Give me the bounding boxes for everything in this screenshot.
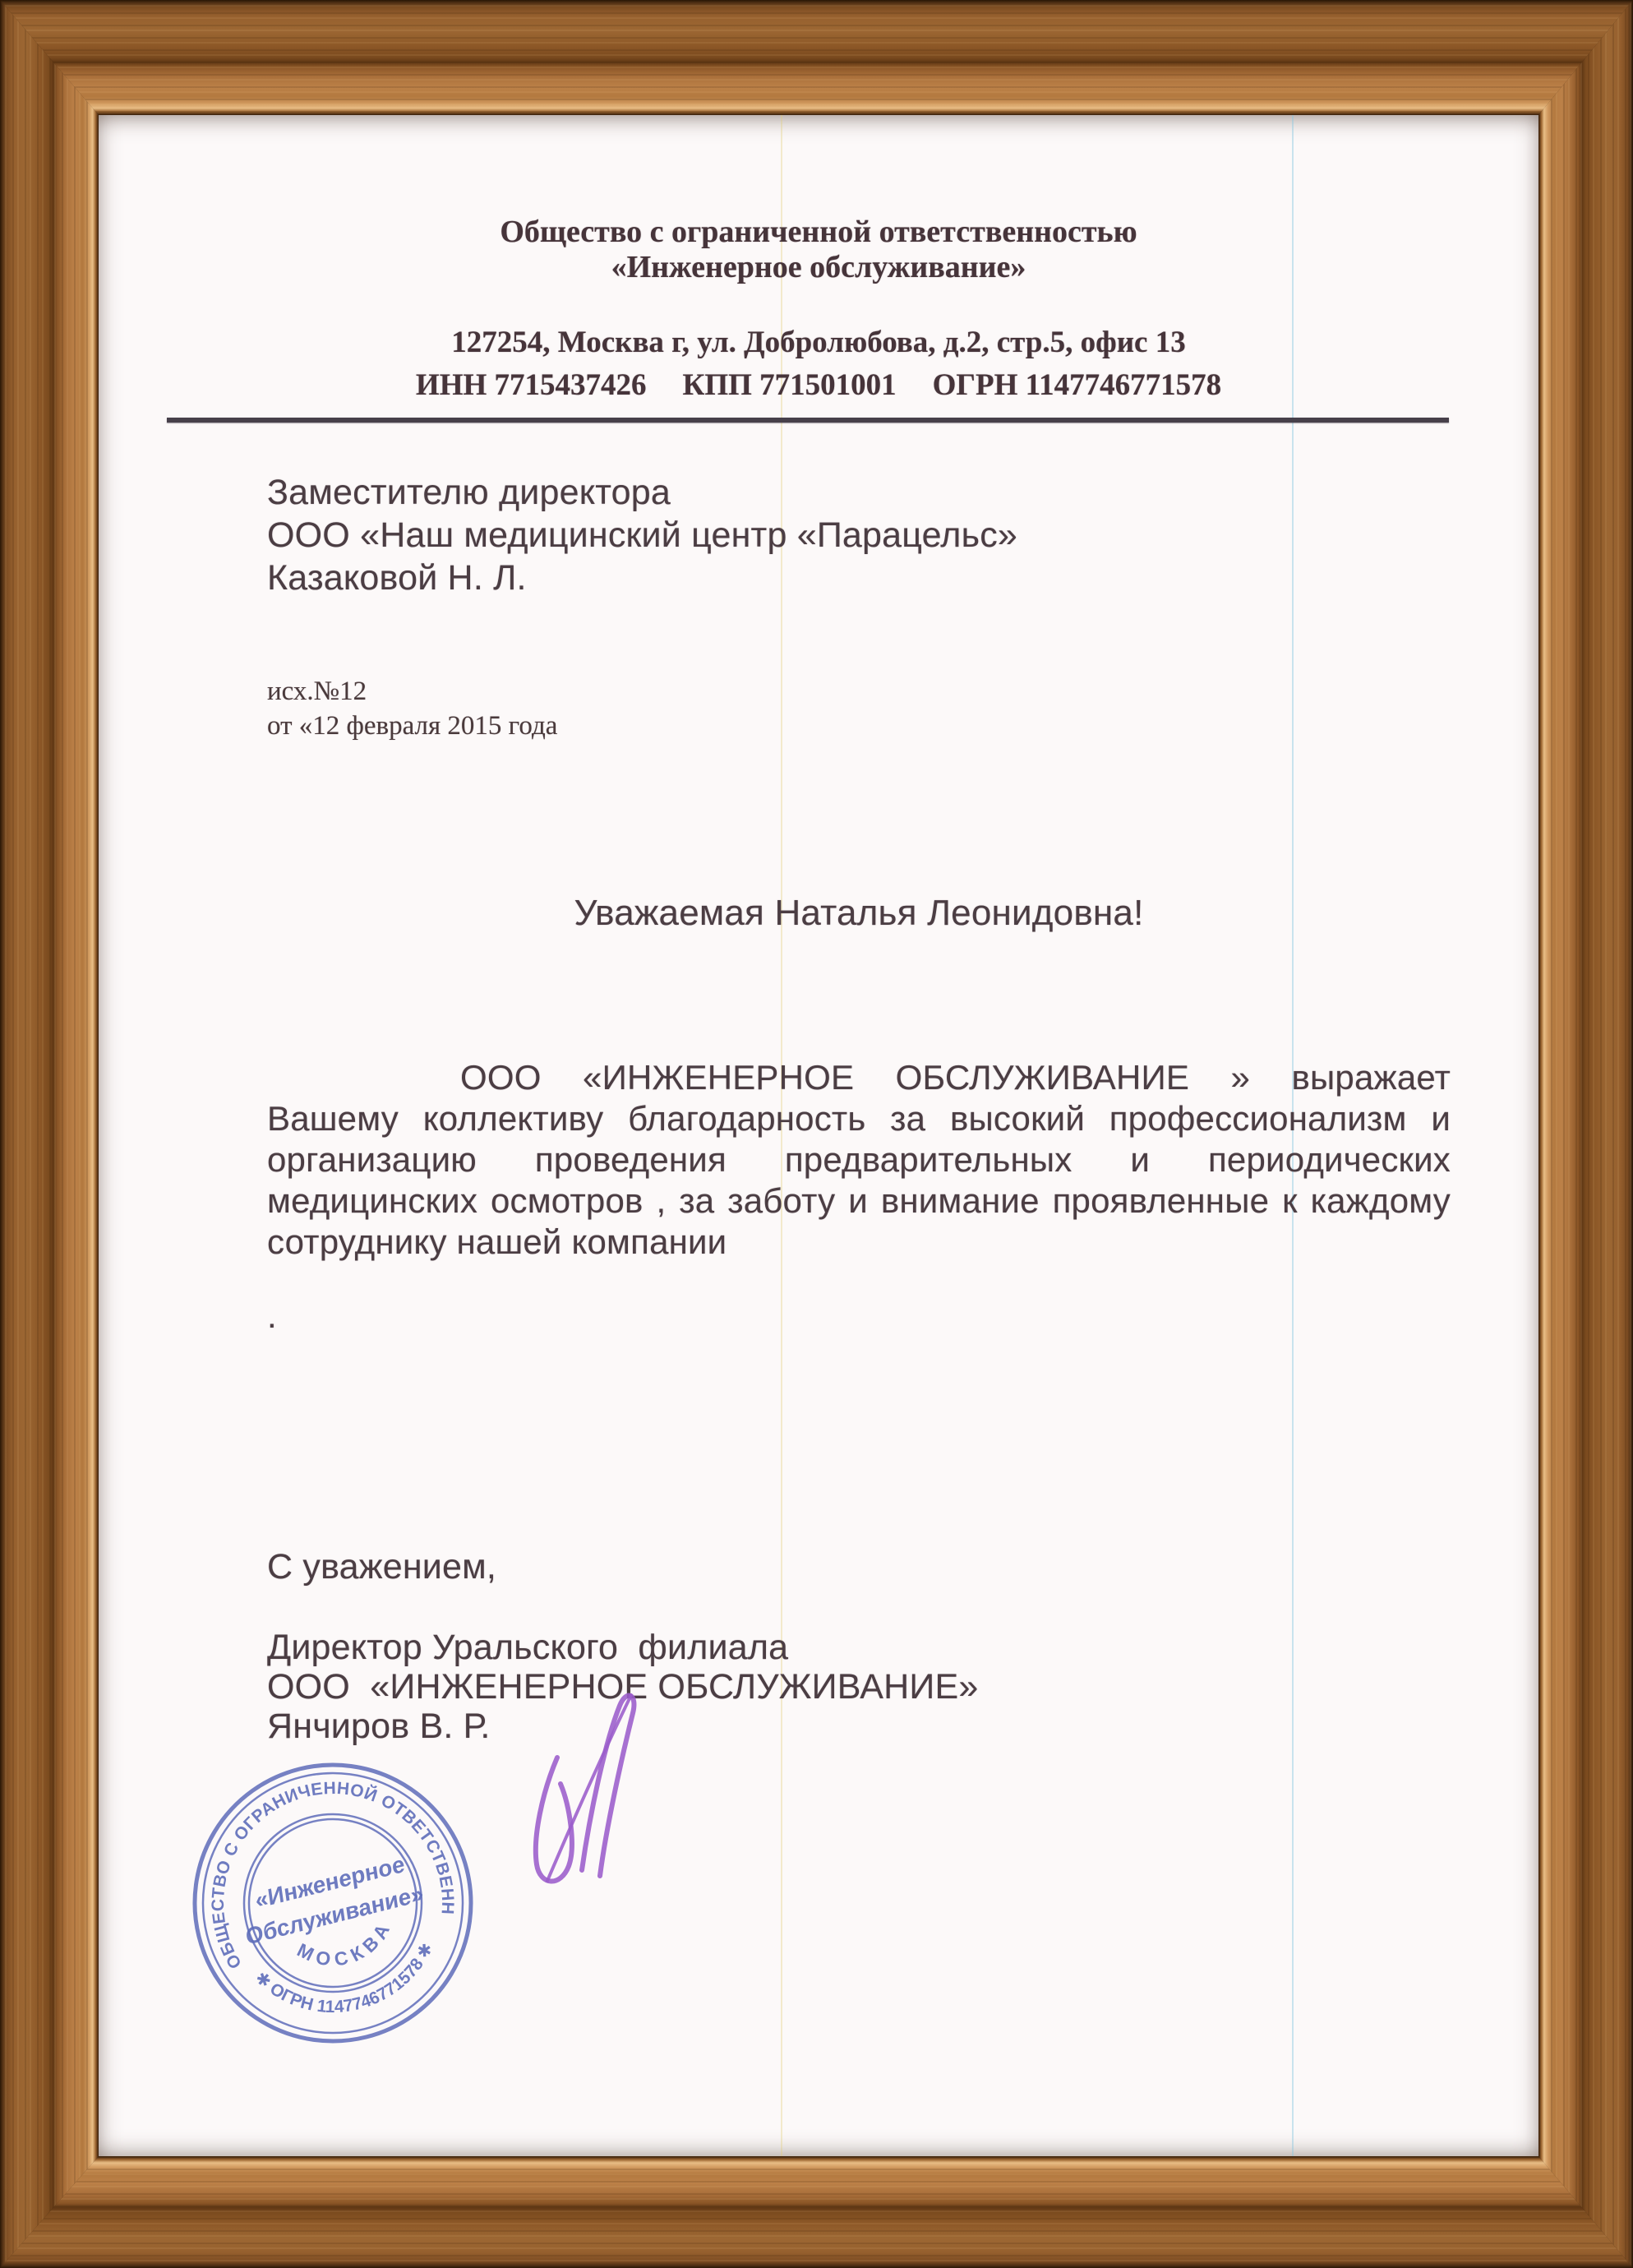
trailing-period: . bbox=[267, 1296, 277, 1336]
closing-regards: С уважением, bbox=[267, 1547, 496, 1587]
reference-block: исх.№12 от «12 февраля 2015 года bbox=[267, 674, 557, 743]
letterhead-ogrn: ОГРН 1147746771578 bbox=[933, 367, 1221, 403]
wood-frame-right bbox=[1538, 0, 1633, 2268]
recipient-person: Казаковой Н. Л. bbox=[267, 557, 1017, 599]
body-line: Вашему коллективу благодарность за высок… bbox=[267, 1098, 1451, 1139]
letterhead-address: 127254, Москва г, ул. Добролюбова, д.2, … bbox=[99, 325, 1538, 360]
stamp-ring-top-text: ОБЩЕСТВО С ОГРАНИЧЕННОЙ ОТВЕТСТВЕННОСТЬЮ… bbox=[182, 1753, 464, 1974]
letterhead-org-name: «Инженерное обслуживание» bbox=[99, 249, 1538, 285]
wood-frame-bottom bbox=[0, 2156, 1633, 2268]
letterhead-org-type: Общество с ограниченной ответственностью bbox=[99, 214, 1538, 250]
recipient-position: Заместителю директора bbox=[267, 471, 1017, 514]
body-paragraph: ООО «ИНЖЕНЕРНОЕ ОБСЛУЖИВАНИЕ » выражает … bbox=[267, 1057, 1451, 1263]
letterhead-kpp: КПП 771501001 bbox=[683, 367, 897, 403]
company-stamp: ОБЩЕСТВО С ОГРАНИЧЕННОЙ ОТВЕТСТВЕННОСТЬЮ… bbox=[144, 1714, 523, 2093]
letter-paper: Общество с ограниченной ответственностью… bbox=[99, 115, 1538, 2156]
letterhead-inn: ИНН 7715437426 bbox=[416, 367, 647, 403]
body-line: организацию проведения предварительных и… bbox=[267, 1139, 1451, 1180]
wood-frame-top bbox=[0, 0, 1633, 115]
svg-text:ОБЩЕСТВО С ОГРАНИЧЕННОЙ ОТВЕТС: ОБЩЕСТВО С ОГРАНИЧЕННОЙ ОТВЕТСТВЕННОСТЬЮ… bbox=[182, 1753, 464, 1974]
reference-number: исх.№12 bbox=[267, 674, 557, 709]
letterhead-rule bbox=[167, 418, 1449, 423]
recipient-block: Заместителю директора ООО «Наш медицинск… bbox=[267, 471, 1017, 599]
recipient-organization: ООО «Наш медицинский центр «Парацельс» bbox=[267, 514, 1017, 557]
body-line: ООО «ИНЖЕНЕРНОЕ ОБСЛУЖИВАНИЕ » выражает bbox=[267, 1057, 1451, 1098]
body-line: медицинских осмотров , за заботу и внима… bbox=[267, 1180, 1451, 1222]
body-line: сотруднику нашей компании bbox=[267, 1222, 1451, 1263]
salutation: Уважаемая Наталья Леонидовна! bbox=[267, 893, 1451, 934]
framed-letter-scene: Общество с ограниченной ответственностью… bbox=[0, 0, 1633, 2268]
reference-date: от «12 февраля 2015 года bbox=[267, 709, 557, 743]
signature-ink bbox=[485, 1661, 657, 1907]
letterhead-registration-line: ИНН 7715437426КПП 771501001ОГРН 11477467… bbox=[99, 367, 1538, 403]
wood-frame-left bbox=[0, 0, 99, 2268]
